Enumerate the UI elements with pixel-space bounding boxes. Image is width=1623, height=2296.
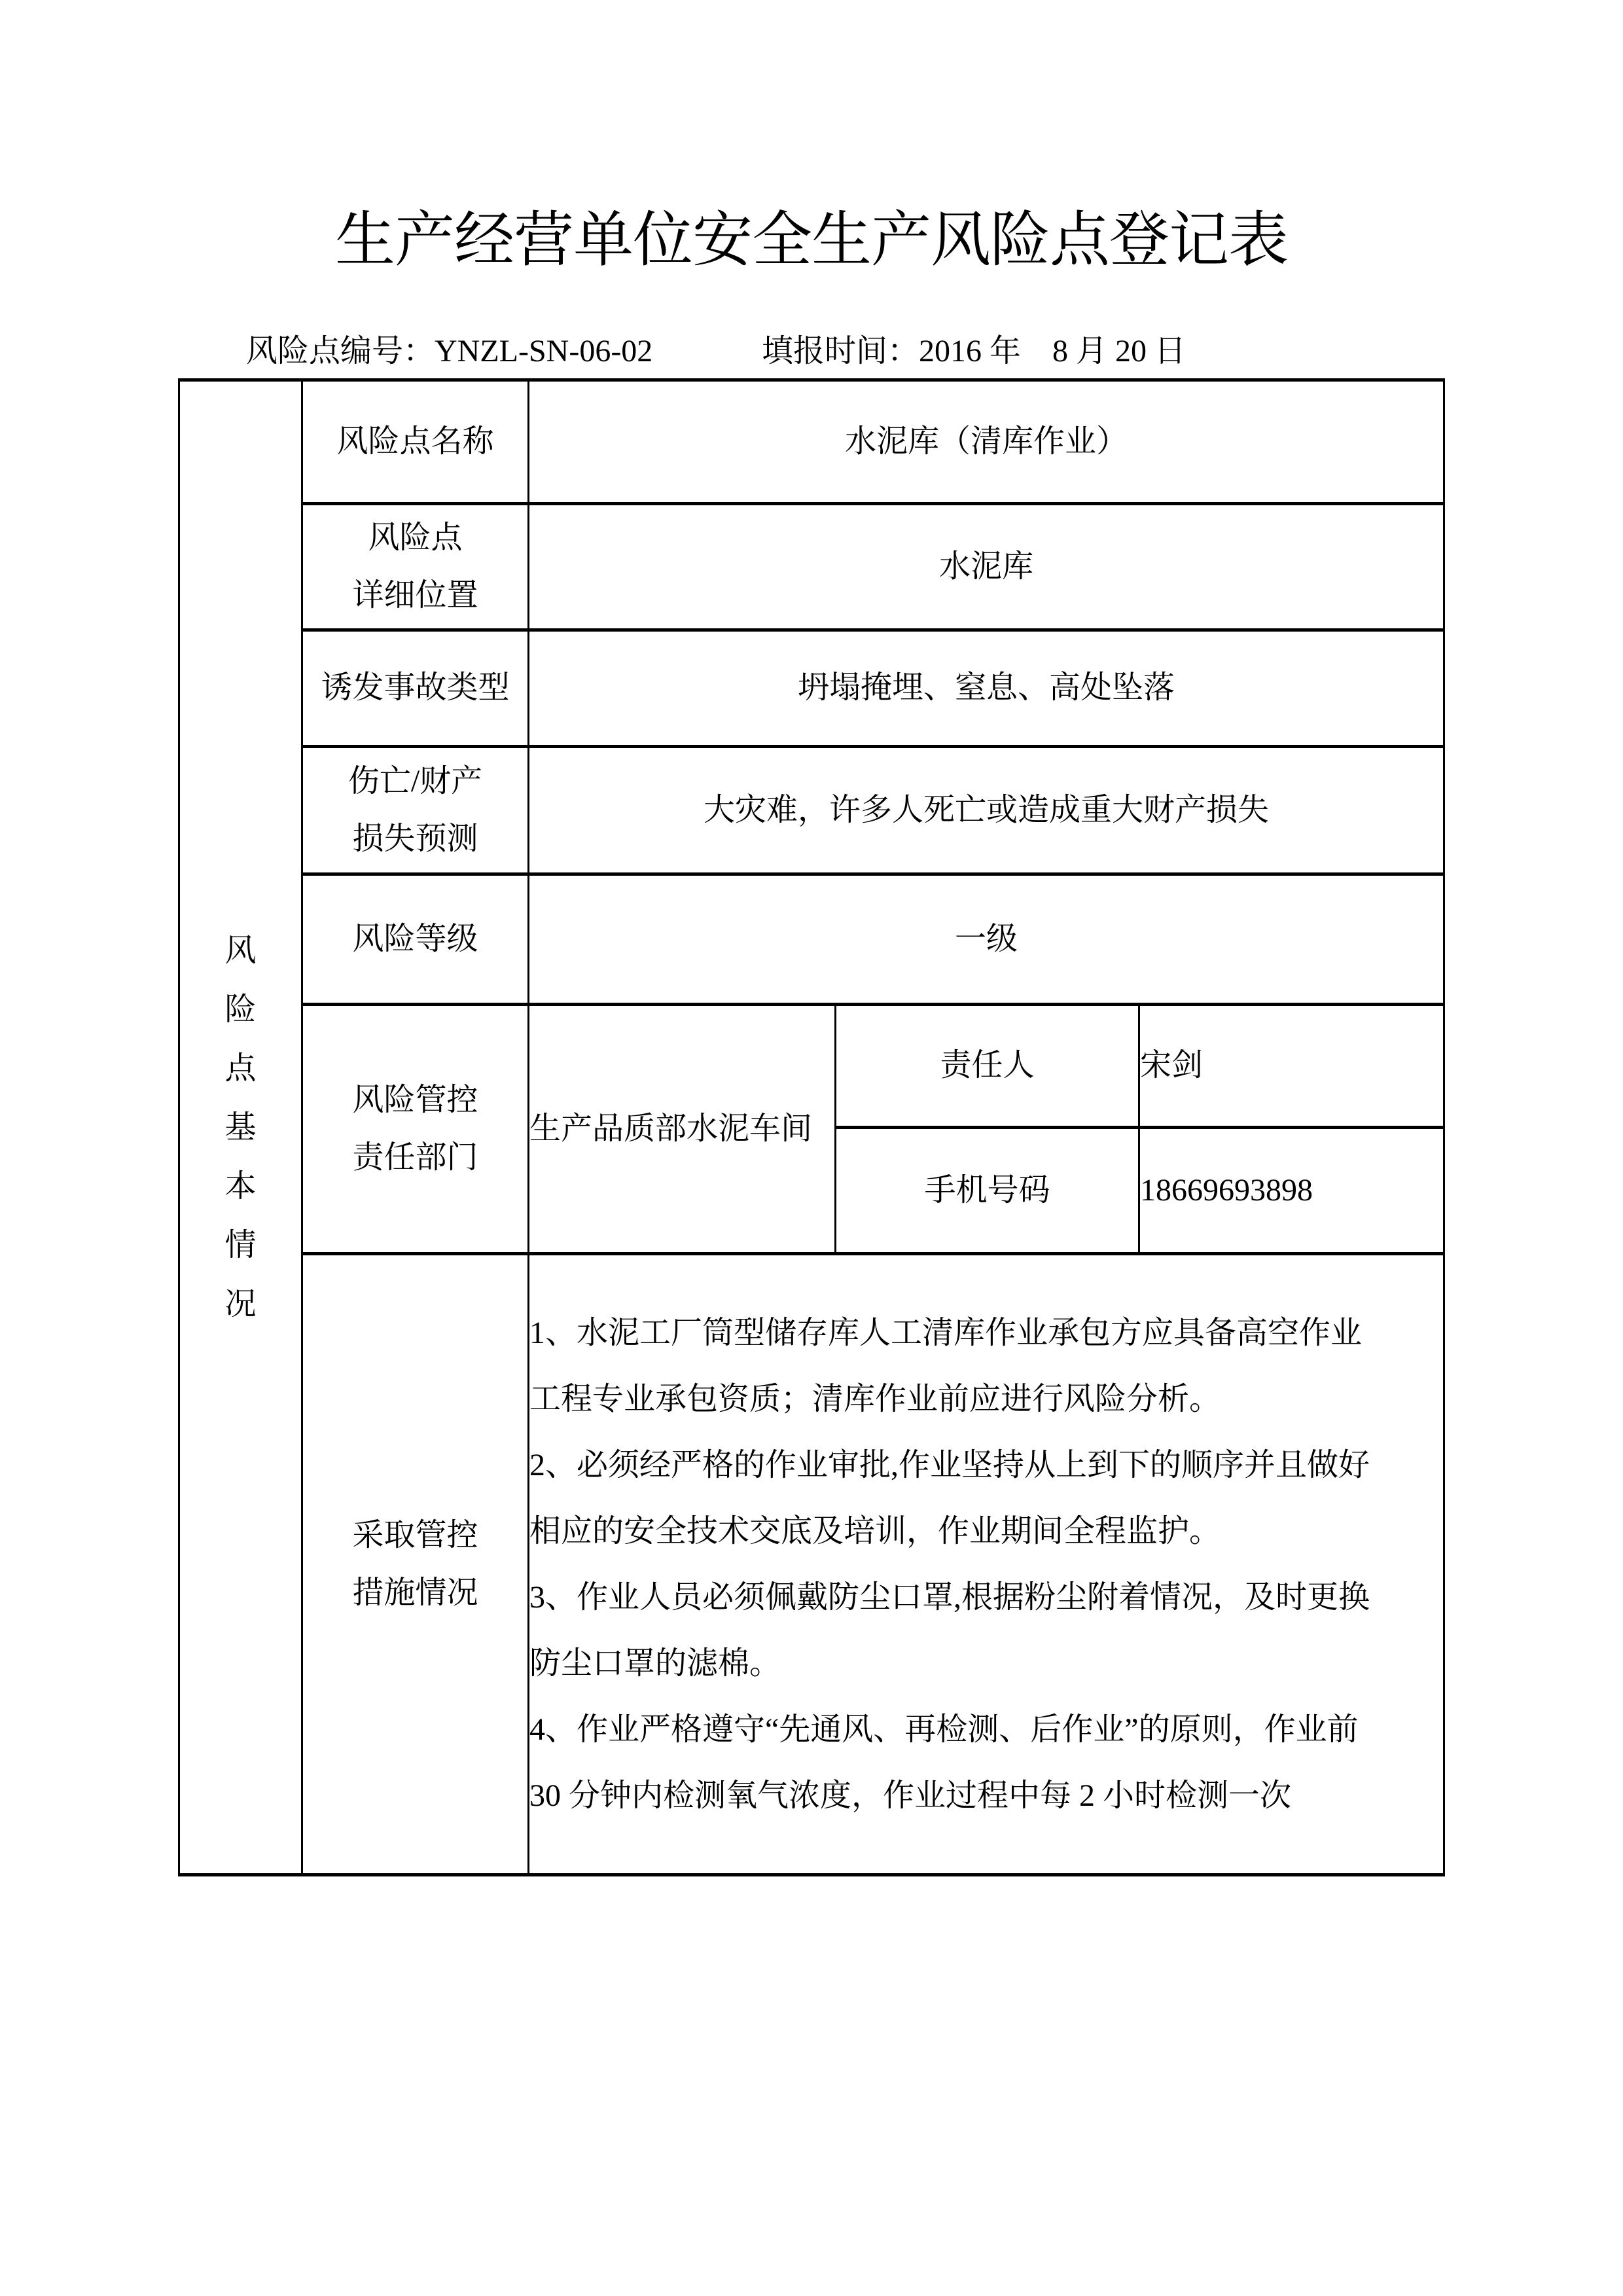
- table-row: 风险等级 一级: [179, 874, 1444, 1004]
- control-dept-value: 生产品质部水泥车间: [529, 1004, 836, 1254]
- phone-number-label: 手机号码: [836, 1127, 1139, 1253]
- table-row: 诱发事故类型 坍塌掩埋、窒息、高处坠落: [179, 630, 1444, 746]
- loss-forecast-label: 伤亡/财产 损失预测: [302, 746, 529, 874]
- risk-point-name-value: 水泥库（清库作业）: [529, 380, 1444, 504]
- report-date-value: 2016 年 8 月 20 日: [919, 334, 1186, 368]
- accident-type-label: 诱发事故类型: [302, 630, 529, 746]
- responsible-person-label: 责任人: [836, 1004, 1139, 1127]
- phone-number-value: 18669693898: [1139, 1127, 1444, 1253]
- risk-level-label: 风险等级: [302, 874, 529, 1004]
- control-measures-value: 1、水泥工厂筒型储存库人工清库作业承包方应具备高空作业 工程专业承包资质；清库作…: [529, 1254, 1444, 1875]
- risk-point-name-label: 风险点名称: [302, 380, 529, 504]
- risk-point-location-label: 风险点 详细位置: [302, 504, 529, 630]
- table-row: 采取管控 措施情况 1、水泥工厂筒型储存库人工清库作业承包方应具备高空作业 工程…: [179, 1254, 1444, 1875]
- table-row: 风险点 详细位置 水泥库: [179, 504, 1444, 630]
- control-measures-label: 采取管控 措施情况: [302, 1254, 529, 1875]
- risk-point-number-value: YNZL-SN-06-02: [435, 334, 652, 368]
- table-row: 伤亡/财产 损失预测 大灾难，许多人死亡或造成重大财产损失: [179, 746, 1444, 874]
- table-row: 风险管控 责任部门 生产品质部水泥车间 责任人 宋剑: [179, 1004, 1444, 1127]
- meta-line: 风险点编号：YNZL-SN-06-02 填报时间：2016 年 8 月 20 日: [0, 331, 1623, 372]
- loss-forecast-value: 大灾难，许多人死亡或造成重大财产损失: [529, 746, 1444, 874]
- risk-point-number: 风险点编号：YNZL-SN-06-02: [246, 331, 652, 372]
- document-title: 生产经营单位安全生产风险点登记表: [0, 204, 1623, 276]
- risk-point-number-label: 风险点编号：: [246, 334, 435, 368]
- responsible-person-value: 宋剑: [1139, 1004, 1444, 1127]
- risk-point-location-value: 水泥库: [529, 504, 1444, 630]
- accident-type-value: 坍塌掩埋、窒息、高处坠落: [529, 630, 1444, 746]
- document-page: 生产经营单位安全生产风险点登记表 风险点编号：YNZL-SN-06-02 填报时…: [0, 0, 1623, 2296]
- report-date: 填报时间：2016 年 8 月 20 日: [762, 331, 1186, 372]
- table-row: 风 险 点 基 本 情 况 风险点名称 水泥库（清库作业）: [179, 380, 1444, 504]
- registration-table-wrapper: 风 险 点 基 本 情 况 风险点名称 水泥库（清库作业） 风险点 详细位置 水…: [178, 378, 1443, 1876]
- section-side-header: 风 险 点 基 本 情 况: [179, 380, 302, 1875]
- report-date-label: 填报时间：: [762, 334, 919, 368]
- registration-table: 风 险 点 基 本 情 况 风险点名称 水泥库（清库作业） 风险点 详细位置 水…: [178, 378, 1445, 1876]
- risk-level-value: 一级: [529, 874, 1444, 1004]
- control-dept-label: 风险管控 责任部门: [302, 1004, 529, 1254]
